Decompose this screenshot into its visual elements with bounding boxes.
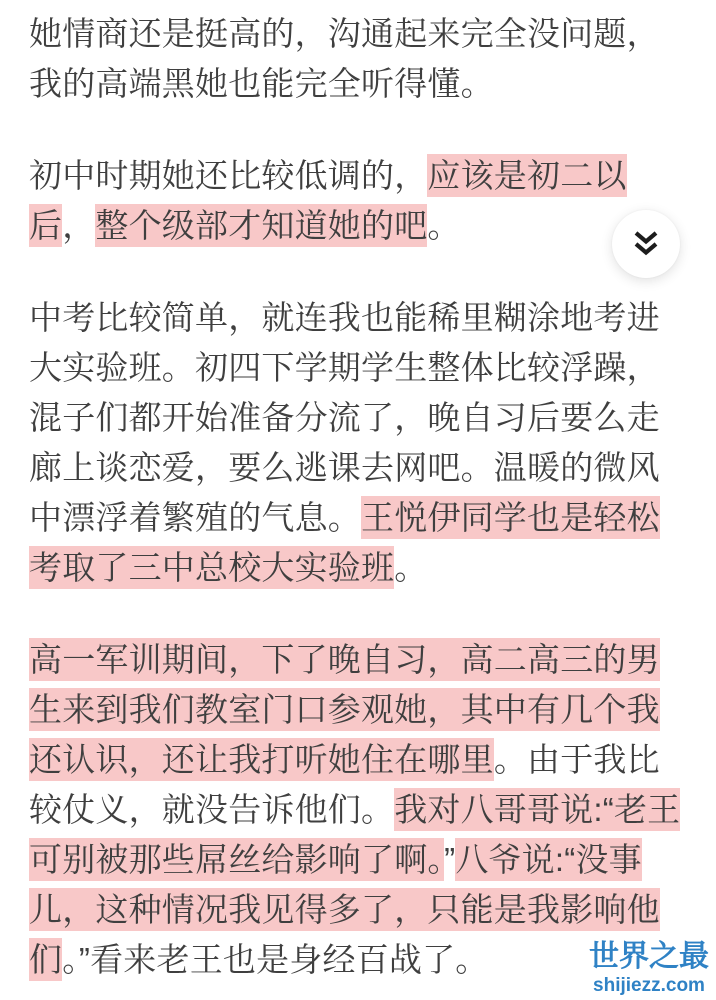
paragraph: 她情商还是挺高的，沟通起来完全没问题，我的高端黑她也能完全听得懂。 xyxy=(29,9,690,109)
text-segment: ， xyxy=(62,207,95,244)
text-segment: 初中时期她还比较低调的， xyxy=(29,157,427,194)
paragraph: 中考比较简单，就连我也能稀里糊涂地考进大实验班。初四下学期学生整体比较浮躁，混子… xyxy=(29,293,690,593)
paragraph: 初中时期她还比较低调的，应该是初二以后，整个级部才知道她的吧。 xyxy=(29,151,690,251)
paragraph: 高一军训期间，下了晚自习，高二高三的男生来到我们教室门口参观她，其中有几个我还认… xyxy=(29,635,690,985)
article-body: 她情商还是挺高的，沟通起来完全没问题，我的高端黑她也能完全听得懂。初中时期她还比… xyxy=(29,9,690,985)
scroll-down-button[interactable] xyxy=(612,210,680,278)
watermark-title: 世界之最 xyxy=(589,938,709,975)
watermark: 世界之最 shijiezz.com xyxy=(589,938,709,996)
text-segment: 。 xyxy=(394,549,427,586)
text-segment: ” xyxy=(444,841,455,878)
watermark-domain: shijiezz.com xyxy=(589,975,709,996)
double-chevron-down-icon xyxy=(628,227,664,261)
text-segment: 她情商还是挺高的，沟通起来完全没问题，我的高端黑她也能完全听得懂。 xyxy=(29,15,660,102)
text-segment: 。 xyxy=(427,207,460,244)
highlighted-text: 整个级部才知道她的吧 xyxy=(95,204,427,247)
text-segment: 。”看来老王也是身经百战了。 xyxy=(62,941,488,978)
